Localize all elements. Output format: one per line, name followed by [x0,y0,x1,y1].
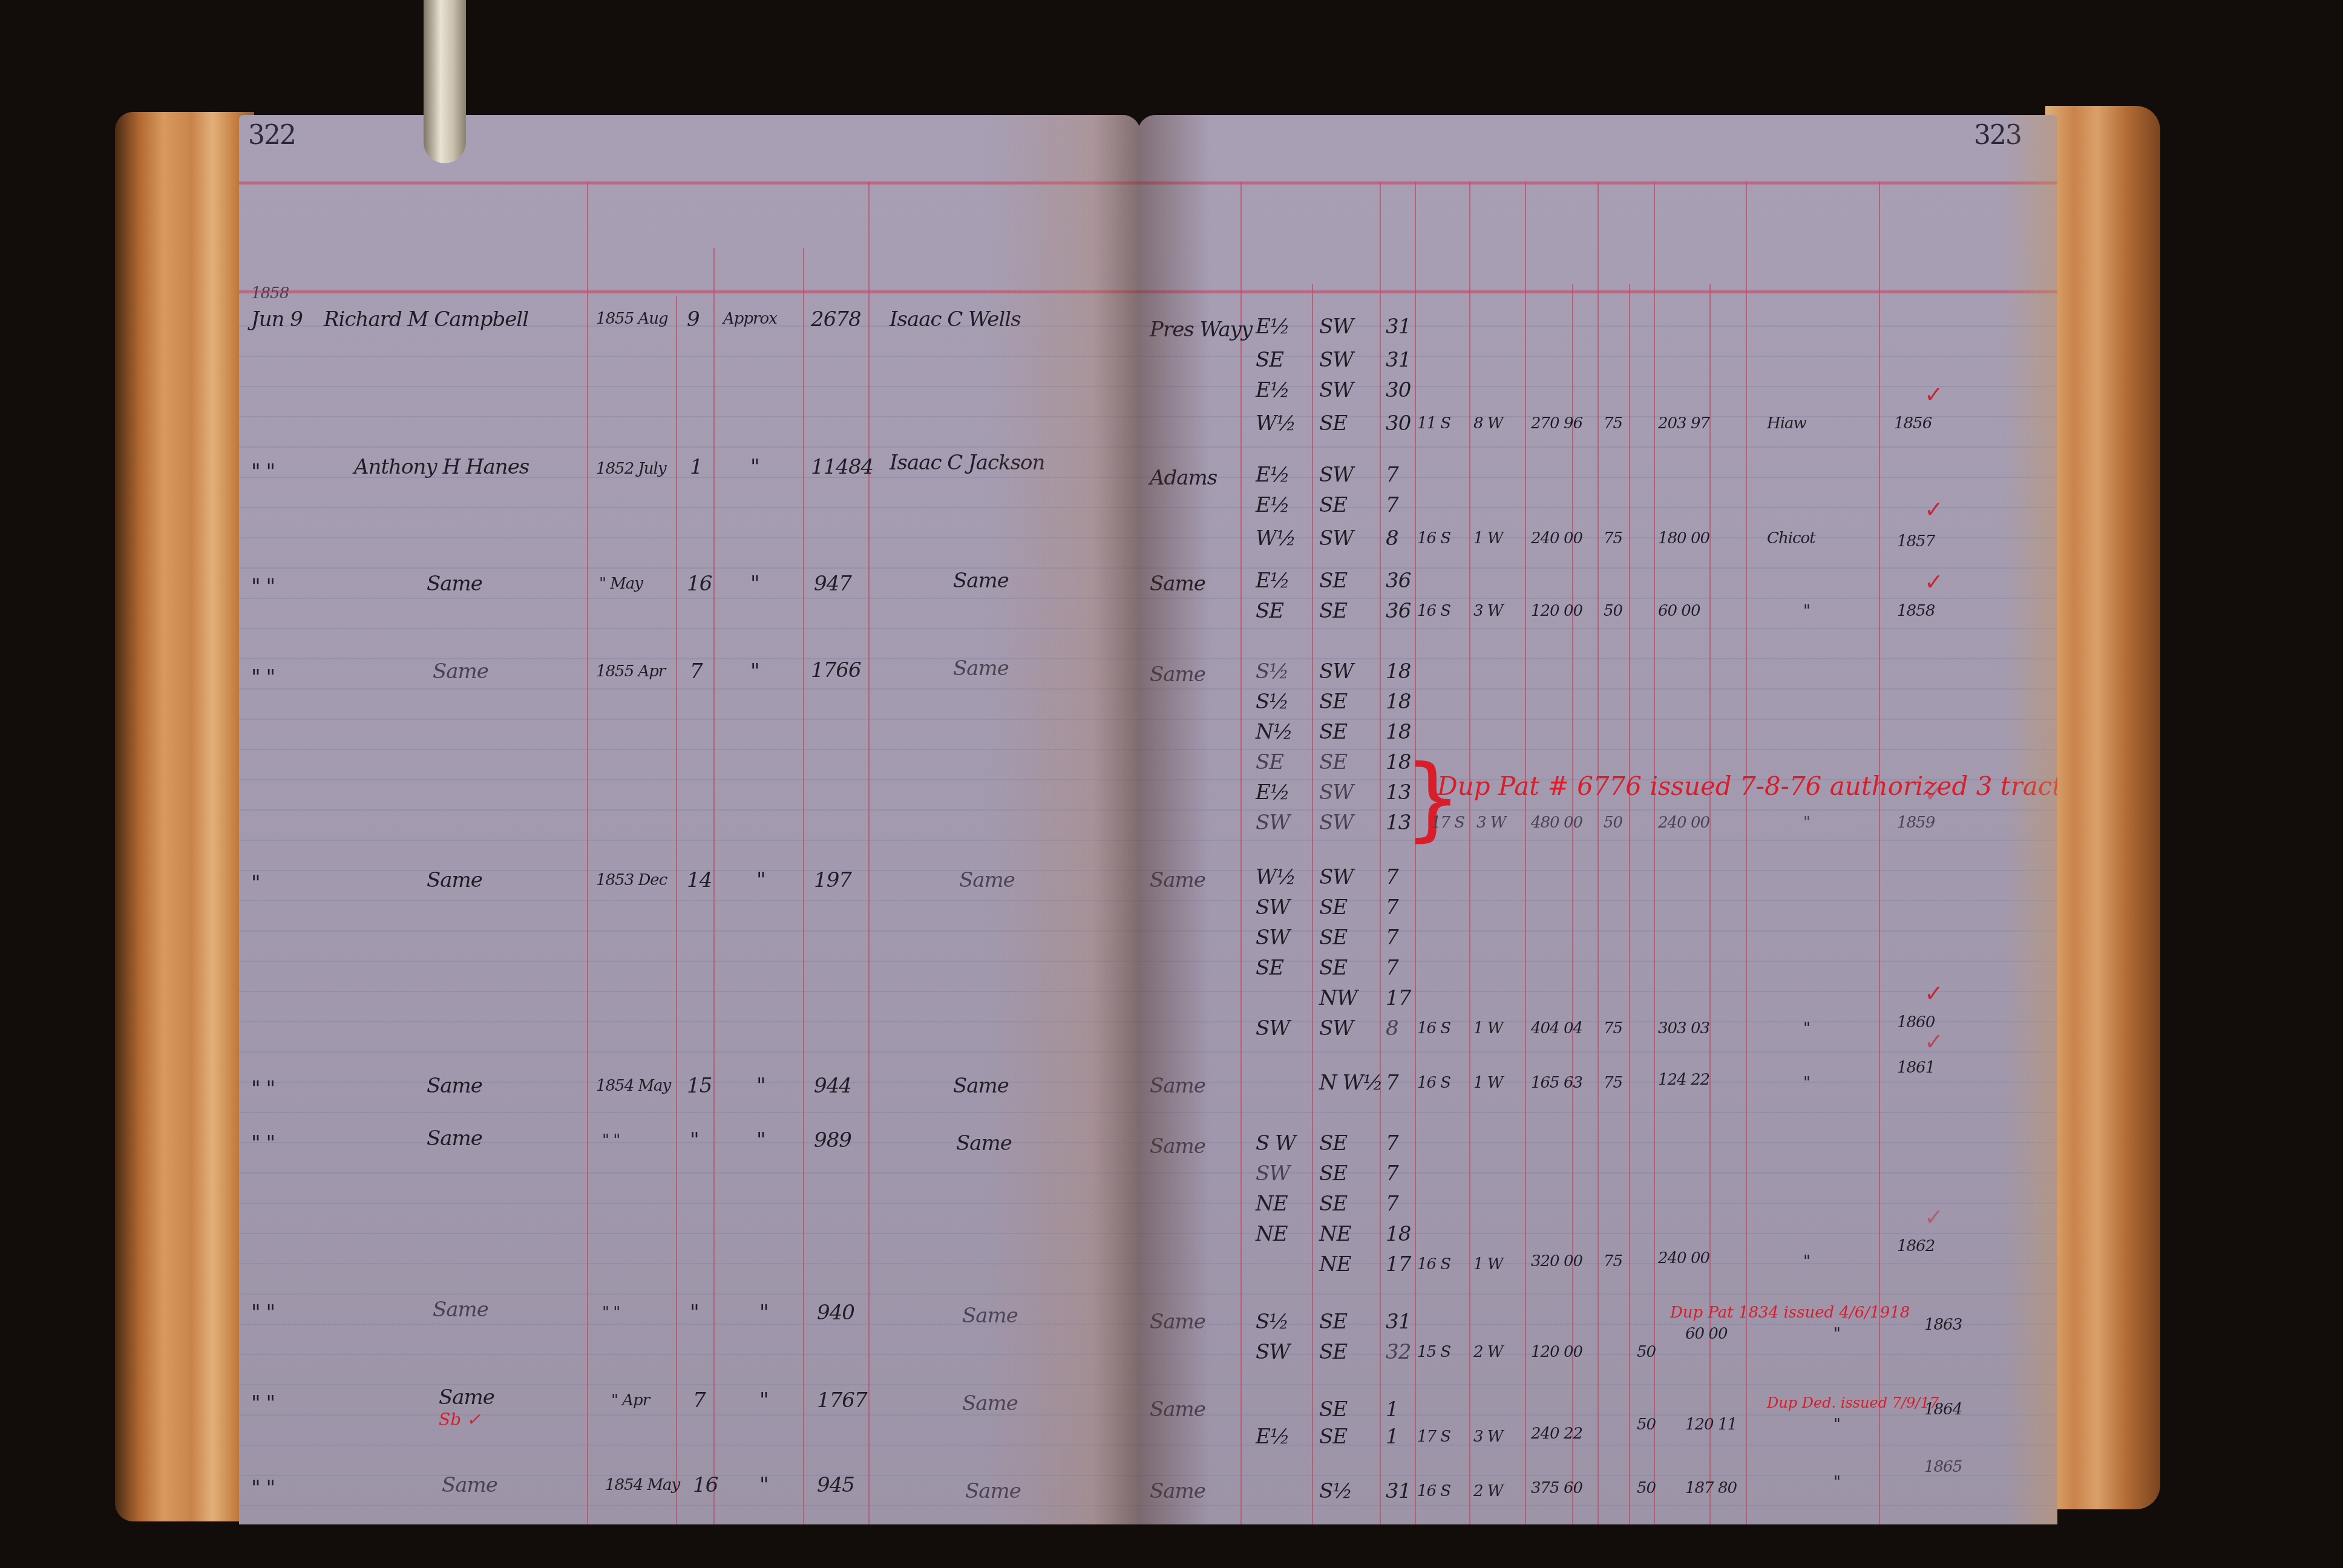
office: " [1833,1325,1840,1343]
section: 8 [1386,526,1398,550]
acres: 480 00 [1531,814,1582,832]
column-divider [803,248,804,1524]
quarter: SE [1319,1161,1347,1186]
warrant-number: 989 [814,1128,851,1152]
part: SE [1256,750,1283,774]
section: 7 [1386,1071,1398,1095]
part: E½ [1256,780,1289,805]
range: 1 W [1473,1074,1503,1092]
entry-date: " " [251,1301,275,1325]
amount: 240 00 [1658,814,1709,832]
part: E½ [1256,1425,1289,1449]
entry-date: " " [251,1391,275,1416]
quarter: SE [1319,895,1347,920]
quarter: SW [1319,378,1353,402]
part: SW [1256,1340,1289,1364]
column-divider [1597,181,1599,1524]
part: NE [1256,1192,1288,1216]
left-page: 322 1858 Jun 9 Richard M Campbell 1855 A… [239,115,1141,1524]
quarter: SE [1319,599,1347,623]
blue-ruling [239,296,1141,1524]
quarter: NE [1319,1252,1351,1276]
column-divider [676,296,677,1524]
quarter: SW [1319,526,1353,550]
checkmark-icon: ✓ [1924,381,1944,408]
warrant-day: 16 [693,1473,718,1497]
entry-name: Same [427,1126,482,1151]
part: W½ [1256,411,1296,436]
red-annotation: Dup Pat 1834 issued 4/6/1918 [1670,1304,1910,1322]
warrant-day: 16 [687,572,712,596]
column-divider [1312,284,1313,1524]
section: 1 [1386,1425,1398,1449]
red-mark: Sb ✓ [439,1410,480,1429]
township: 11 S [1417,414,1450,433]
year: 1865 [1924,1458,1962,1476]
acres: 404 04 [1531,1019,1582,1037]
column-divider [1629,284,1630,1524]
part: W½ [1256,526,1296,550]
office: " [1803,1252,1810,1270]
quarter: S½ [1319,1479,1352,1503]
left-page-edges [115,112,254,1521]
county: Same [1150,1397,1205,1422]
township: 16 S [1417,1074,1450,1092]
column-divider [1654,181,1655,1524]
part: SE [1256,348,1283,372]
section: 32 [1386,1340,1411,1364]
acres: 120 00 [1531,602,1582,620]
section: 7 [1386,1161,1398,1186]
section: 7 [1386,1131,1398,1155]
checkmark-icon: ✓ [1924,980,1944,1007]
quarter: SE [1319,1192,1347,1216]
amount: 120 11 [1685,1416,1737,1434]
rate: 75 [1604,1074,1622,1092]
warrant-number: 940 [817,1301,854,1325]
amount: 303 03 [1658,1019,1709,1037]
section: 7 [1386,895,1398,920]
warrant-day: 14 [687,868,712,892]
amount: 124 22 [1658,1071,1709,1089]
warrant-number: 947 [814,572,851,596]
entry-name: Anthony H Hanes [354,455,529,479]
township: 15 S [1417,1343,1450,1361]
section: 7 [1386,956,1398,980]
year: 1858 [1897,602,1935,620]
header-rule-bottom [239,290,1141,293]
column-divider [1525,181,1526,1524]
part: SW [1256,926,1289,950]
quarter: NE [1319,1222,1351,1246]
act: " [756,868,765,892]
year: 1862 [1897,1237,1935,1255]
office: " [1803,814,1810,832]
range: 3 W [1473,602,1503,620]
quarter: SW [1319,780,1353,805]
section: 7 [1386,493,1398,517]
warrant-date: " " [602,1304,620,1322]
county: Same [1150,1134,1205,1158]
acres: 120 00 [1531,1343,1582,1361]
checkmark-icon: ✓ [1924,780,1944,807]
assignee: Same [956,1131,1012,1155]
warrant-date: " May [599,575,643,593]
warrant-date: 1853 Dec [596,871,667,889]
section: 30 [1386,411,1411,436]
page-weight-knife [424,0,466,163]
column-divider [1380,181,1381,1524]
act: " [750,572,759,596]
rate: 50 [1637,1416,1656,1434]
warrant-date: 1852 July [596,460,666,478]
act: " [756,1074,765,1098]
right-page-edges [2045,106,2160,1509]
amount: 187 80 [1685,1479,1737,1497]
county: Same [1150,572,1205,596]
township: 17 S [1431,814,1464,832]
range: 3 W [1476,814,1506,832]
right-page: 323 Pres Wayy E½ SW 31 SE SW 31 E½ SW 30… [1138,115,2057,1524]
quarter: SE [1319,411,1347,436]
act: " [756,1128,765,1152]
year: 1859 [1897,814,1935,832]
act: Approx [723,310,777,328]
assignee: Same [959,868,1015,892]
acres: 240 22 [1531,1425,1582,1443]
part: E½ [1256,493,1289,517]
warrant-day: " [690,1128,699,1152]
entry-name: Same [427,572,482,596]
section: 36 [1386,569,1411,593]
rate: 75 [1604,414,1622,433]
checkmark-icon: ✓ [1924,1028,1944,1055]
section: 31 [1386,348,1411,372]
assignee: Isaac C Wells [890,307,1021,332]
act: " [759,1473,768,1497]
entry-date: " " [251,1131,275,1155]
warrant-number: 11484 [811,455,873,479]
part: SE [1256,956,1283,980]
entry-date: " " [251,1476,275,1500]
section: 17 [1386,986,1411,1010]
office: Chicot [1767,529,1815,547]
column-divider [587,181,588,1524]
part: S½ [1256,1310,1288,1334]
part: S W [1256,1131,1296,1155]
part: SW [1256,1161,1289,1186]
quarter: SW [1319,659,1353,684]
office: " [1833,1416,1840,1434]
column-divider [1415,181,1416,1524]
range: 2 W [1473,1343,1503,1361]
rate: 50 [1637,1343,1656,1361]
rate: 75 [1604,529,1622,547]
office: " [1803,602,1810,620]
quarter: SE [1319,1131,1347,1155]
warrant-day: 15 [687,1074,712,1098]
warrant-number: 944 [814,1074,851,1098]
column-divider [1240,181,1242,1524]
part: E½ [1256,569,1289,593]
office: Hiaw [1767,414,1806,433]
checkmark-icon: ✓ [1924,496,1944,523]
section: 18 [1386,659,1411,684]
part: SW [1256,1016,1289,1040]
part: NE [1256,1222,1288,1246]
office: " [1803,1019,1810,1037]
red-annotation: Dup Pat # 6776 issued 7-8-76 authorized … [1437,771,2057,801]
act: " [750,659,759,684]
warrant-number: 1767 [817,1388,867,1413]
township: 16 S [1417,1019,1450,1037]
quarter: SE [1319,569,1347,593]
entry-name: Same [427,1074,482,1098]
quarter: SE [1319,690,1347,714]
entry-date: " " [251,460,275,484]
county: Same [1150,1310,1205,1334]
quarter: SE [1319,1340,1347,1364]
red-annotation: Dup Ded. issued 7/9/17 [1767,1394,1939,1411]
section: 7 [1386,926,1398,950]
entry-date: " [251,871,260,895]
range: 2 W [1473,1482,1503,1500]
warrant-number: 2678 [811,307,861,332]
quarter: SW [1319,1016,1353,1040]
township: 17 S [1417,1428,1450,1446]
column-divider [1746,181,1747,1524]
entry-date: Jun 9 [251,307,303,332]
assignee: Same [962,1304,1018,1328]
rate: 50 [1604,814,1622,832]
warrant-day: 9 [687,307,700,332]
year-header: 1858 [251,284,289,302]
rate: 75 [1604,1252,1622,1270]
entry-name: Richard M Campbell [324,307,528,332]
township: 16 S [1417,1482,1450,1500]
page-number-left: 322 [248,120,295,151]
header-rule-top [239,181,1141,185]
quarter: SE [1319,493,1347,517]
township: 16 S [1417,602,1450,620]
amount: 180 00 [1658,529,1709,547]
column-divider [1469,181,1470,1524]
warrant-number: 945 [817,1473,854,1497]
acres: 240 00 [1531,529,1582,547]
range: 8 W [1473,414,1503,433]
part: SW [1256,811,1289,835]
acres: 320 00 [1531,1252,1582,1270]
quarter: SW [1319,463,1353,487]
part: S½ [1256,690,1288,714]
part: SE [1256,599,1283,623]
year: 1856 [1894,414,1932,433]
quarter: SE [1319,956,1347,980]
part: E½ [1256,463,1289,487]
entry-date: " " [251,1077,275,1101]
section: 31 [1386,1310,1411,1334]
entry-name: Same [433,659,488,684]
county: Same [1150,1479,1205,1503]
section: 7 [1386,865,1398,889]
warrant-number: 197 [814,868,851,892]
warrant-day: " [690,1301,699,1325]
entry-name: Same [439,1385,494,1410]
act: " [750,455,759,479]
checkmark-icon: ✓ [1924,1204,1944,1230]
range: 3 W [1473,1428,1503,1446]
acres: 270 96 [1531,414,1582,433]
part: S½ [1256,659,1288,684]
column-divider [713,248,715,1524]
entry-name: Same [433,1298,488,1322]
column-divider [1572,284,1573,1524]
quarter: SE [1319,720,1347,744]
entry-date: " " [251,665,275,690]
section: 31 [1386,315,1411,339]
warrant-date: 1854 May [605,1476,680,1494]
entry-name: Same [427,868,482,892]
amount: 240 00 [1658,1249,1709,1267]
quarter: SW [1319,348,1353,372]
county: Same [1150,1074,1205,1098]
year: 1864 [1924,1400,1962,1419]
part: E½ [1256,378,1289,402]
warrant-date: " " [602,1131,620,1149]
rate: 75 [1604,1019,1622,1037]
quarter: SE [1319,750,1347,774]
range: 1 W [1473,1255,1503,1273]
acres: 375 60 [1531,1479,1582,1497]
amount: 60 00 [1685,1325,1727,1343]
section: 18 [1386,1222,1411,1246]
township: 16 S [1417,529,1450,547]
rate: 50 [1637,1479,1656,1497]
warrant-number: 1766 [811,658,861,682]
assignee: Same [953,1074,1009,1098]
page-number-right: 323 [1974,120,2021,151]
warrant-date: 1855 Apr [596,662,665,681]
township: 16 S [1417,1255,1450,1273]
entry-name: Same [442,1473,497,1497]
office: " [1833,1473,1840,1491]
section: 7 [1386,463,1398,487]
section: 30 [1386,378,1411,402]
section: 18 [1386,720,1411,744]
section: 18 [1386,690,1411,714]
part: E½ [1256,315,1289,339]
assignee: Isaac C Jackson [890,451,1044,475]
county: Adams [1150,466,1217,490]
part: N½ [1256,720,1293,744]
amount: 203 97 [1658,414,1709,433]
section: 17 [1386,1252,1411,1276]
warrant-date: 1855 Aug [596,310,668,328]
quarter: SE [1319,1310,1347,1334]
warrant-date: 1854 May [596,1077,670,1095]
entry-date: " " [251,575,275,599]
range: 1 W [1473,1019,1503,1037]
warrant-day: 7 [690,659,703,684]
office: " [1803,1074,1810,1092]
act: " [759,1301,768,1325]
quarter: SW [1319,865,1353,889]
checkmark-icon: ✓ [1924,569,1944,595]
warrant-day: 7 [693,1388,706,1413]
assignee: Same [953,656,1009,681]
part: SW [1256,895,1289,920]
amount: 60 00 [1658,602,1700,620]
year: 1857 [1897,532,1935,550]
column-divider [868,181,870,1524]
section: 7 [1386,1192,1398,1216]
ledger-book: 322 1858 Jun 9 Richard M Campbell 1855 A… [0,0,2343,1568]
year: 1863 [1924,1316,1962,1334]
quarter: SE [1319,926,1347,950]
section: 31 [1386,1479,1411,1503]
county: Pres Wayy [1150,318,1252,342]
year: 1861 [1897,1059,1935,1077]
quarter: N W½ [1319,1071,1382,1095]
column-divider [1879,181,1880,1524]
section: 1 [1386,1397,1398,1422]
section: 36 [1386,599,1411,623]
act: " [759,1388,768,1413]
section: 8 [1386,1016,1398,1040]
assignee: Same [962,1391,1018,1416]
county: Same [1150,868,1205,892]
quarter: SW [1319,315,1353,339]
warrant-date: " Apr [611,1391,649,1410]
quarter: SE [1319,1397,1347,1422]
quarter: NW [1319,986,1357,1010]
quarter: SW [1319,811,1353,835]
range: 1 W [1473,529,1503,547]
acres: 165 63 [1531,1074,1582,1092]
quarter: SE [1319,1425,1347,1449]
rate: 50 [1604,602,1622,620]
part: W½ [1256,865,1296,889]
assignee: Same [953,569,1009,593]
county: Same [1150,662,1205,687]
assignee: Same [965,1479,1021,1503]
warrant-day: 1 [690,455,703,479]
